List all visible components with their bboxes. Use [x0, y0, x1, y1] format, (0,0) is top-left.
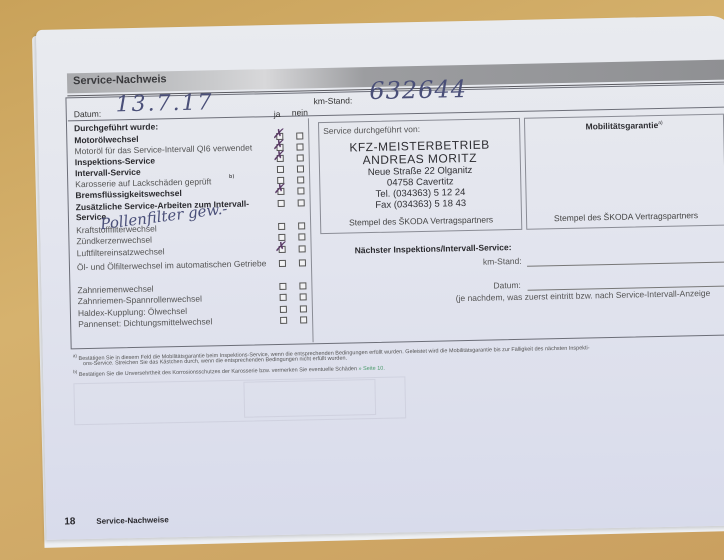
checkbox-yes[interactable]	[279, 260, 286, 267]
checklist-row: Kraftstofffilterwechsel	[36, 15, 724, 30]
checkbox-no[interactable]	[297, 187, 304, 194]
checkbox-yes[interactable]	[280, 317, 287, 324]
checkbox-no[interactable]	[297, 154, 304, 161]
checklist-row: Haldex-Kupplung: Ölwechsel	[36, 15, 724, 30]
checklist-row: Intervall-Service	[36, 15, 724, 30]
col-no-header: nein	[292, 107, 308, 117]
mobility-guarantee-box: Mobilitätsgarantiea) Stempel des ŠKODA V…	[524, 114, 724, 230]
checklist-row: Zahnriemen-Spannrollenwechsel	[36, 15, 724, 30]
checkbox-no[interactable]	[298, 199, 305, 206]
service-checklist: Motorölwechsel✗Motoröl für das Service-I…	[36, 15, 724, 30]
checkbox-yes[interactable]	[278, 200, 285, 207]
footnote-mark: b)	[229, 174, 234, 180]
checkbox-no[interactable]	[298, 233, 305, 240]
checkbox-yes[interactable]	[280, 294, 287, 301]
checkbox-no[interactable]	[297, 165, 304, 172]
checkbox-no[interactable]	[299, 259, 306, 266]
checklist-item-label: Luftfiltereinsatzwechsel	[77, 246, 165, 258]
checklist-row: Zündkerzenwechsel	[36, 15, 724, 30]
checkbox-no[interactable]	[297, 176, 304, 183]
checklist-row: Bremsflüssigkeitswechsel✗	[36, 15, 724, 30]
checkbox-yes[interactable]	[279, 283, 286, 290]
checkbox-no[interactable]	[298, 222, 305, 229]
service-by-caption: Stempel des ŠKODA Vertragspartners	[321, 214, 521, 228]
check-mark-icon: ✗	[273, 185, 284, 195]
km-value-handwritten: 632644	[369, 75, 467, 105]
checklist-item-label: Zündkerzenwechsel	[76, 235, 152, 247]
date-label: Datum:	[74, 109, 102, 120]
next-date-label: Datum:	[493, 280, 521, 291]
mobility-caption: Stempel des ŠKODA Vertragspartners	[527, 210, 724, 224]
next-km-label: km-Stand:	[483, 256, 522, 267]
service-by-label: Service durchgeführt von:	[323, 124, 420, 136]
checklist-item-label: Zahnriemenwechsel	[77, 284, 153, 296]
checkbox-yes[interactable]	[278, 223, 285, 230]
check-mark-icon: ✗	[275, 243, 286, 253]
km-label: km-Stand:	[313, 95, 352, 106]
checklist-row: Zusätzliche Service-Arbeiten zum Interva…	[36, 15, 724, 30]
checkbox-yes[interactable]	[280, 306, 287, 313]
checklist-item-label: Motorölwechsel	[74, 134, 138, 145]
footnote-b-mark: b)	[73, 369, 77, 374]
page-number: 18	[64, 516, 75, 527]
checkbox-yes[interactable]	[277, 166, 284, 173]
checkbox-no[interactable]	[300, 316, 307, 323]
service-by-box: Service durchgeführt von: KFZ-MEISTERBET…	[318, 118, 522, 234]
page-section-name: Service-Nachweise	[96, 515, 169, 526]
checkbox-no[interactable]	[296, 132, 303, 139]
checklist-item-label: Inspektions-Service	[75, 156, 156, 168]
checklist-row: Karosserie auf Lackschäden geprüftb)	[36, 15, 724, 30]
show-through-ghost-2	[243, 379, 376, 418]
checkbox-no[interactable]	[299, 245, 306, 252]
check-mark-icon: ✗	[273, 152, 284, 162]
checklist-row: Zahnriemenwechsel	[36, 15, 724, 30]
checklist-row: Öl- und Ölfilterwechsel im automatischen…	[36, 15, 724, 30]
checklist-row: Inspektions-Service✗	[36, 15, 724, 30]
mobility-title-text: Mobilitätsgarantie	[585, 120, 658, 132]
col-yes-header: ja	[274, 109, 281, 119]
performed-label: Durchgeführt wurde:	[74, 121, 158, 133]
footnote-a-mark: a)	[73, 353, 77, 358]
checkbox-no[interactable]	[300, 293, 307, 300]
checkbox-no[interactable]	[296, 143, 303, 150]
checkbox-no[interactable]	[300, 305, 307, 312]
checklist-row: Luftfiltereinsatzwechsel✗	[36, 15, 724, 30]
page-reference-link[interactable]: » Seite 10.	[358, 366, 384, 373]
footnote-b-text: Bestätigen Sie die Unversehrtheit des Ko…	[79, 366, 357, 378]
checklist-row: Motoröl für das Service-Intervall QI6 ve…	[36, 15, 724, 30]
checklist-row: Pannenset: Dichtungsmittelwechsel	[36, 15, 724, 30]
section-title: Service-Nachweis	[73, 73, 167, 87]
mobility-footnote-mark: a)	[658, 120, 663, 126]
mobility-title: Mobilitätsgarantiea)	[525, 119, 723, 133]
checklist-row: Motorölwechsel✗	[36, 15, 724, 30]
date-value-handwritten: 13.7.17	[115, 90, 213, 117]
checklist-item-label: Intervall-Service	[75, 167, 141, 178]
checkbox-no[interactable]	[299, 282, 306, 289]
booklet-page: Service-Nachweis Datum: 13.7.17 km-Stand…	[36, 15, 724, 540]
